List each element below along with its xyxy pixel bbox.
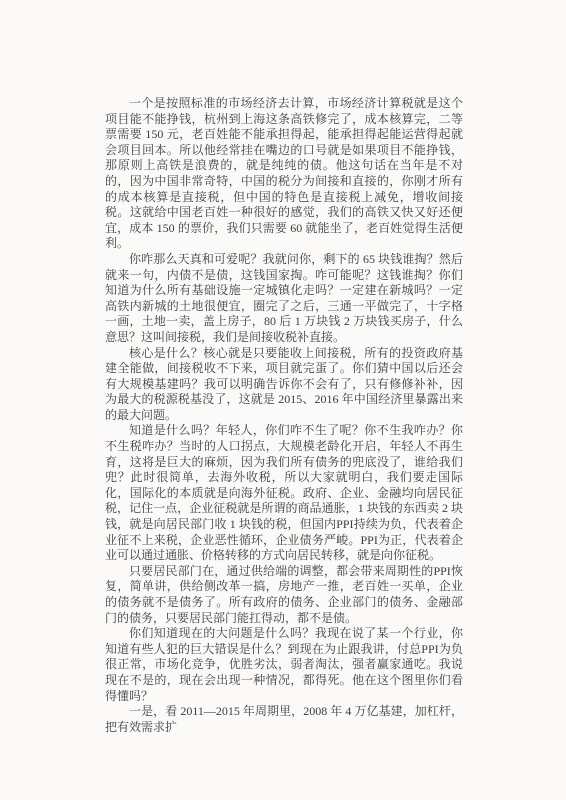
paragraph: 一个是按照标准的市场经济去计算，市场经济计算税就是这个项目能不能挣钱，杭州到上海… — [105, 96, 463, 252]
paragraph: 核心是什么？核心就是只要能收上间接税，所有的投资政府基建全能做，间接税收不下来，… — [105, 346, 463, 424]
paragraph: 只要居民部门在，通过供给端的调整，都会带来周期性的PPI恢复，简单讲，供给侧改革… — [105, 564, 463, 626]
text-block: 一个是按照标准的市场经济去计算，市场经济计算税就是这个项目能不能挣钱，杭州到上海… — [105, 96, 463, 735]
document-page: 一个是按照标准的市场经济去计算，市场经济计算税就是这个项目能不能挣钱，杭州到上海… — [0, 0, 566, 800]
paragraph: 知道是什么吗？年轻人，你们咋不生了呢？你不生我咋办？你不生税咋办？当时的人口拐点… — [105, 423, 463, 563]
paragraph: 一是，看 2011—2015 年周期里，2008 年 4 万亿基建，加杠杆，把有… — [105, 704, 463, 735]
paragraph: 你咋那么天真和可爱呢？我就问你，剩下的 65 块钱谁掏？然后就来一句，内债不是债… — [105, 252, 463, 346]
paragraph: 你们知道现在的大问题是什么吗？我现在说了某一个行业，你知道有些人犯的巨大错误是什… — [105, 626, 463, 704]
